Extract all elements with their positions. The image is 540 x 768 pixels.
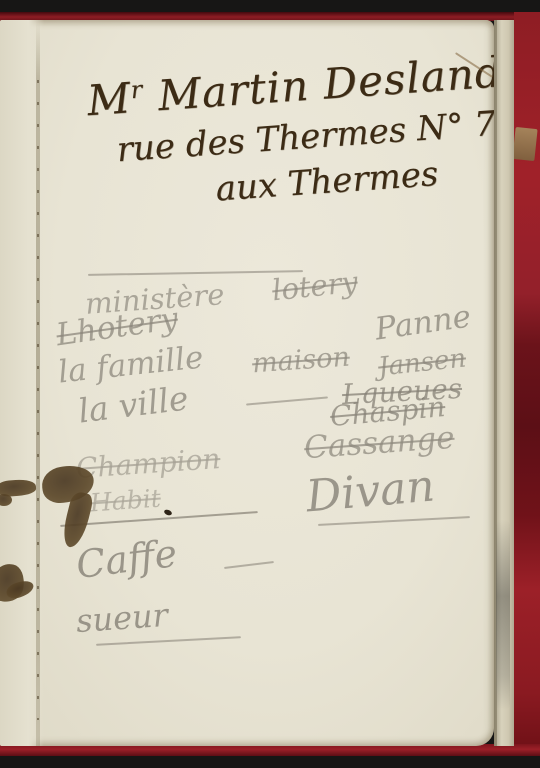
pencil-word-cassange: Cassange: [303, 423, 455, 464]
ink-inscription: Mr Martin Deslander rue des Thermes N° 7…: [86, 46, 494, 217]
pencil-word-caffe: Caffe: [74, 534, 179, 584]
pencil-word-sueur: sueur: [75, 599, 169, 637]
pencil-word-la-ville: la ville: [76, 381, 190, 427]
pencil-word-divan: Divan: [304, 464, 436, 519]
pencil-word-habit: Habit: [89, 486, 161, 516]
photographed-manuscript: Mr Martin Deslander rue des Thermes N° 7…: [0, 0, 540, 768]
ink-blot-left-edge-drop: [0, 494, 12, 506]
ink-name-prefix: M: [86, 73, 133, 125]
pencil-word-champion: Champion: [75, 445, 221, 483]
notebook-page: Mr Martin Deslander rue des Thermes N° 7…: [0, 20, 494, 746]
ink-speck: [163, 509, 172, 517]
pencil-stroke-after-caffe: [224, 561, 274, 569]
pencil-word-maison: maison: [251, 344, 350, 378]
book-cover-right: [514, 12, 540, 752]
gutter-crease: [36, 20, 40, 746]
cover-wear-patch: [512, 127, 537, 161]
pencil-word-lotery: lotery: [271, 268, 359, 306]
pencil-stroke-after-la-ville: [246, 396, 328, 405]
pencil-underline-sueur: [96, 636, 241, 646]
pencil-word-panne: Panne: [373, 301, 473, 345]
page-fore-edges: [494, 20, 514, 746]
